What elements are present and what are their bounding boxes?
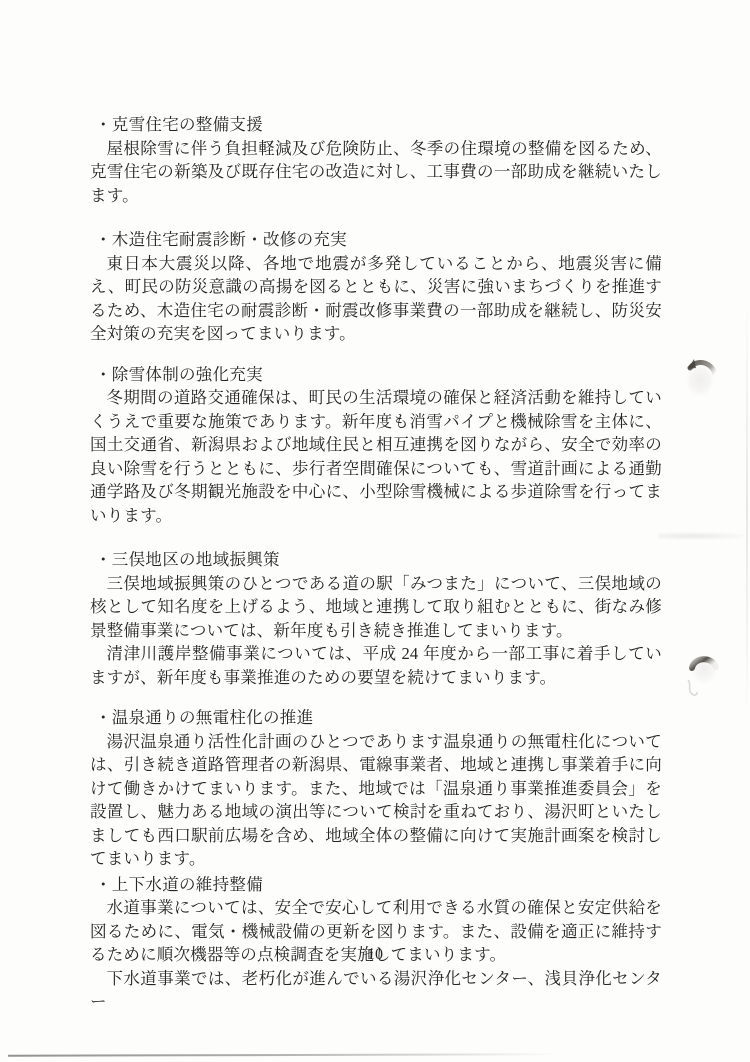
page-edge-shadow: [746, 300, 748, 720]
paragraph: 湯沢温泉通り活性化計画のひとつであります温泉通りの無電柱化については、引き続き道…: [90, 730, 662, 871]
paper-blemish-smudge-bottom: [684, 650, 722, 703]
document-section: ・克雪住宅の整備支援 屋根除雪に伴う負担軽減及び危険防止、冬季の住環境の整備を図…: [90, 113, 662, 207]
document-section: ・温泉通りの無電柱化の推進 湯沢温泉通り活性化計画のひとつであります温泉通りの無…: [90, 706, 662, 871]
section-heading: ・除雪体制の強化充実: [90, 363, 662, 387]
section-heading: ・三俣地区の地域振興策: [90, 548, 662, 572]
section-heading: ・温泉通りの無電柱化の推進: [90, 706, 662, 730]
section-heading: ・木造住宅耐震診断・改修の充実: [90, 228, 662, 252]
paragraph: 東日本大震災以降、各地で地震が多発していることから、地震災害に備え、町民の防災意…: [90, 252, 662, 346]
paragraph: 三俣地域振興策のひとつである道の駅「みつまた」について、三俣地域の核として知名度…: [90, 572, 662, 643]
faint-scan-streak: [658, 532, 746, 540]
section-heading: ・克雪住宅の整備支援: [90, 113, 662, 137]
paper-blemish-smudge-top: [682, 356, 720, 407]
paragraph: 下水道事業では、老朽化が進んでいる湯沢浄化センター、浅貝浄化センター: [90, 967, 662, 1014]
page-number: 10: [0, 946, 750, 964]
document-section: ・三俣地区の地域振興策 三俣地域振興策のひとつである道の駅「みつまた」について、…: [90, 548, 662, 689]
paragraph: 屋根除雪に伴う負担軽減及び危険防止、冬季の住環境の整備を図るため、克雪住宅の新築…: [90, 137, 662, 208]
document-section: ・上下水道の維持整備 水道事業については、安全で安心して利用できる水質の確保と安…: [90, 873, 662, 1014]
paragraph: 冬期間の道路交通確保は、町民の生活環境の確保と経済活動を維持していくうえで重要な…: [90, 386, 662, 527]
scan-edge-line: [8, 1053, 560, 1056]
document-section: ・木造住宅耐震診断・改修の充実 東日本大震災以降、各地で地震が多発していることか…: [90, 228, 662, 346]
scanned-document-page: ・克雪住宅の整備支援 屋根除雪に伴う負担軽減及び危険防止、冬季の住環境の整備を図…: [0, 0, 750, 1062]
document-body: ・克雪住宅の整備支援 屋根除雪に伴う負担軽減及び危険防止、冬季の住環境の整備を図…: [90, 113, 662, 1014]
paragraph: 清津川護岸整備事業については、平成 24 年度から一部工事に着手していますが、新…: [90, 642, 662, 689]
document-section: ・除雪体制の強化充実 冬期間の道路交通確保は、町民の生活環境の確保と経済活動を維…: [90, 363, 662, 528]
section-heading: ・上下水道の維持整備: [90, 873, 662, 897]
